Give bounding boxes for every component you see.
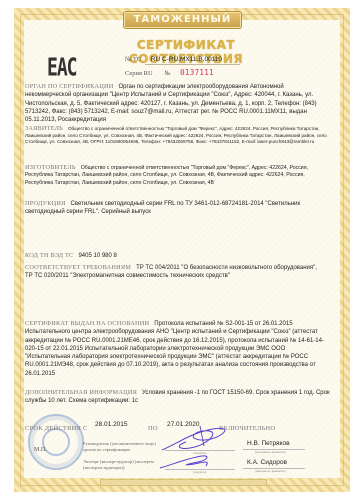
eac-logo: EAC [47,53,77,82]
serial-number: 0137111 [180,68,214,77]
stamp-place-label: М.П. [34,447,47,453]
head-name-caption: (инициалы, фамилия) [255,450,286,454]
basis-text: Протокола испытаний № S2-001-15 от 26.01… [25,321,324,377]
additional-info-label: ДОПОЛНИТЕЛЬНАЯ ИНФОРМАЦИЯ [25,389,137,396]
manufacturer-label: ИЗГОТОВИТЕЛЬ [25,164,76,171]
product-text: Светильник светодиодный серии FRL по ТУ … [25,201,300,215]
expert-role-label: Эксперт (эксперт-аудитор) (эксперты (экс… [83,459,163,470]
additional-info-section: ДОПОЛНИТЕЛЬНАЯ ИНФОРМАЦИЯУсловия хранени… [25,389,331,406]
requirements-section: СООТВЕТСТВУЕТ ТРЕБОВАНИЯМТР ТС 004/2011 … [25,264,321,281]
certification-stamp [28,414,84,470]
expert-signature-icon [158,452,228,472]
number-underline [145,64,240,65]
manufacturer-section: ИЗГОТОВИТЕЛЬОбщество с ограниченной отве… [25,164,331,187]
applicant-label: ЗАЯВИТЕЛЬ [25,125,63,132]
head-name: Н.В. Петряков [247,440,290,447]
validity-from-date: 28.01.2015 [95,421,128,428]
series-label: Серия RU [125,70,153,77]
hs-code-section: КОД ТН ВЭД ТС9405 10 980 8 [25,252,341,260]
customs-union-banner: ТАМОЖЕННЫЙ СОЮЗ [123,11,242,29]
security-strip [100,479,267,486]
requirements-label: СООТВЕТСТВУЕТ ТРЕБОВАНИЯМ [25,264,131,271]
validity-from-label: СРОК ДЕЙСТВИЯ С [25,425,87,432]
validity-to-label: ПО [148,425,158,432]
expert-name: К.А. Сидоров [247,459,287,466]
hs-code-value: 9405 10 980 8 [78,253,116,259]
certificate-number-label: № ТС [125,56,141,63]
serial-label: № [164,70,170,77]
product-section: ПРОДУКЦИЯСветильник светодиодный серии F… [25,200,331,217]
certification-body-section: ОРГАН ПО СЕРТИФИКАЦИИОрган по сертификац… [25,83,331,124]
certificate-number: RU C-RU.MX11.B.00110 [151,56,222,63]
applicant-text: Общество с ограниченной ответственностью… [25,126,327,144]
head-role-label: Руководитель (уполномоченное лицо) орган… [83,441,163,452]
certification-body-label: ОРГАН ПО СЕРТИФИКАЦИИ [25,83,113,90]
expert-name-caption: (инициалы, фамилия) [255,469,286,473]
hs-code-label: КОД ТН ВЭД ТС [25,252,73,259]
basis-label: СЕРТИФИКАТ ВЫДАН НА ОСНОВАНИИ [25,320,149,327]
head-signature-icon [160,424,240,454]
product-label: ПРОДУКЦИЯ [25,200,66,207]
certificate-number-row: № ТС RU C-RU.MX11.B.00110 [125,56,222,63]
applicant-section: ЗАЯВИТЕЛЬОбщество с ограниченной ответст… [25,126,331,146]
basis-section: СЕРТИФИКАТ ВЫДАН НА ОСНОВАНИИПротокола и… [25,320,331,378]
series-row: Серия RU № 0137111 [125,68,214,77]
